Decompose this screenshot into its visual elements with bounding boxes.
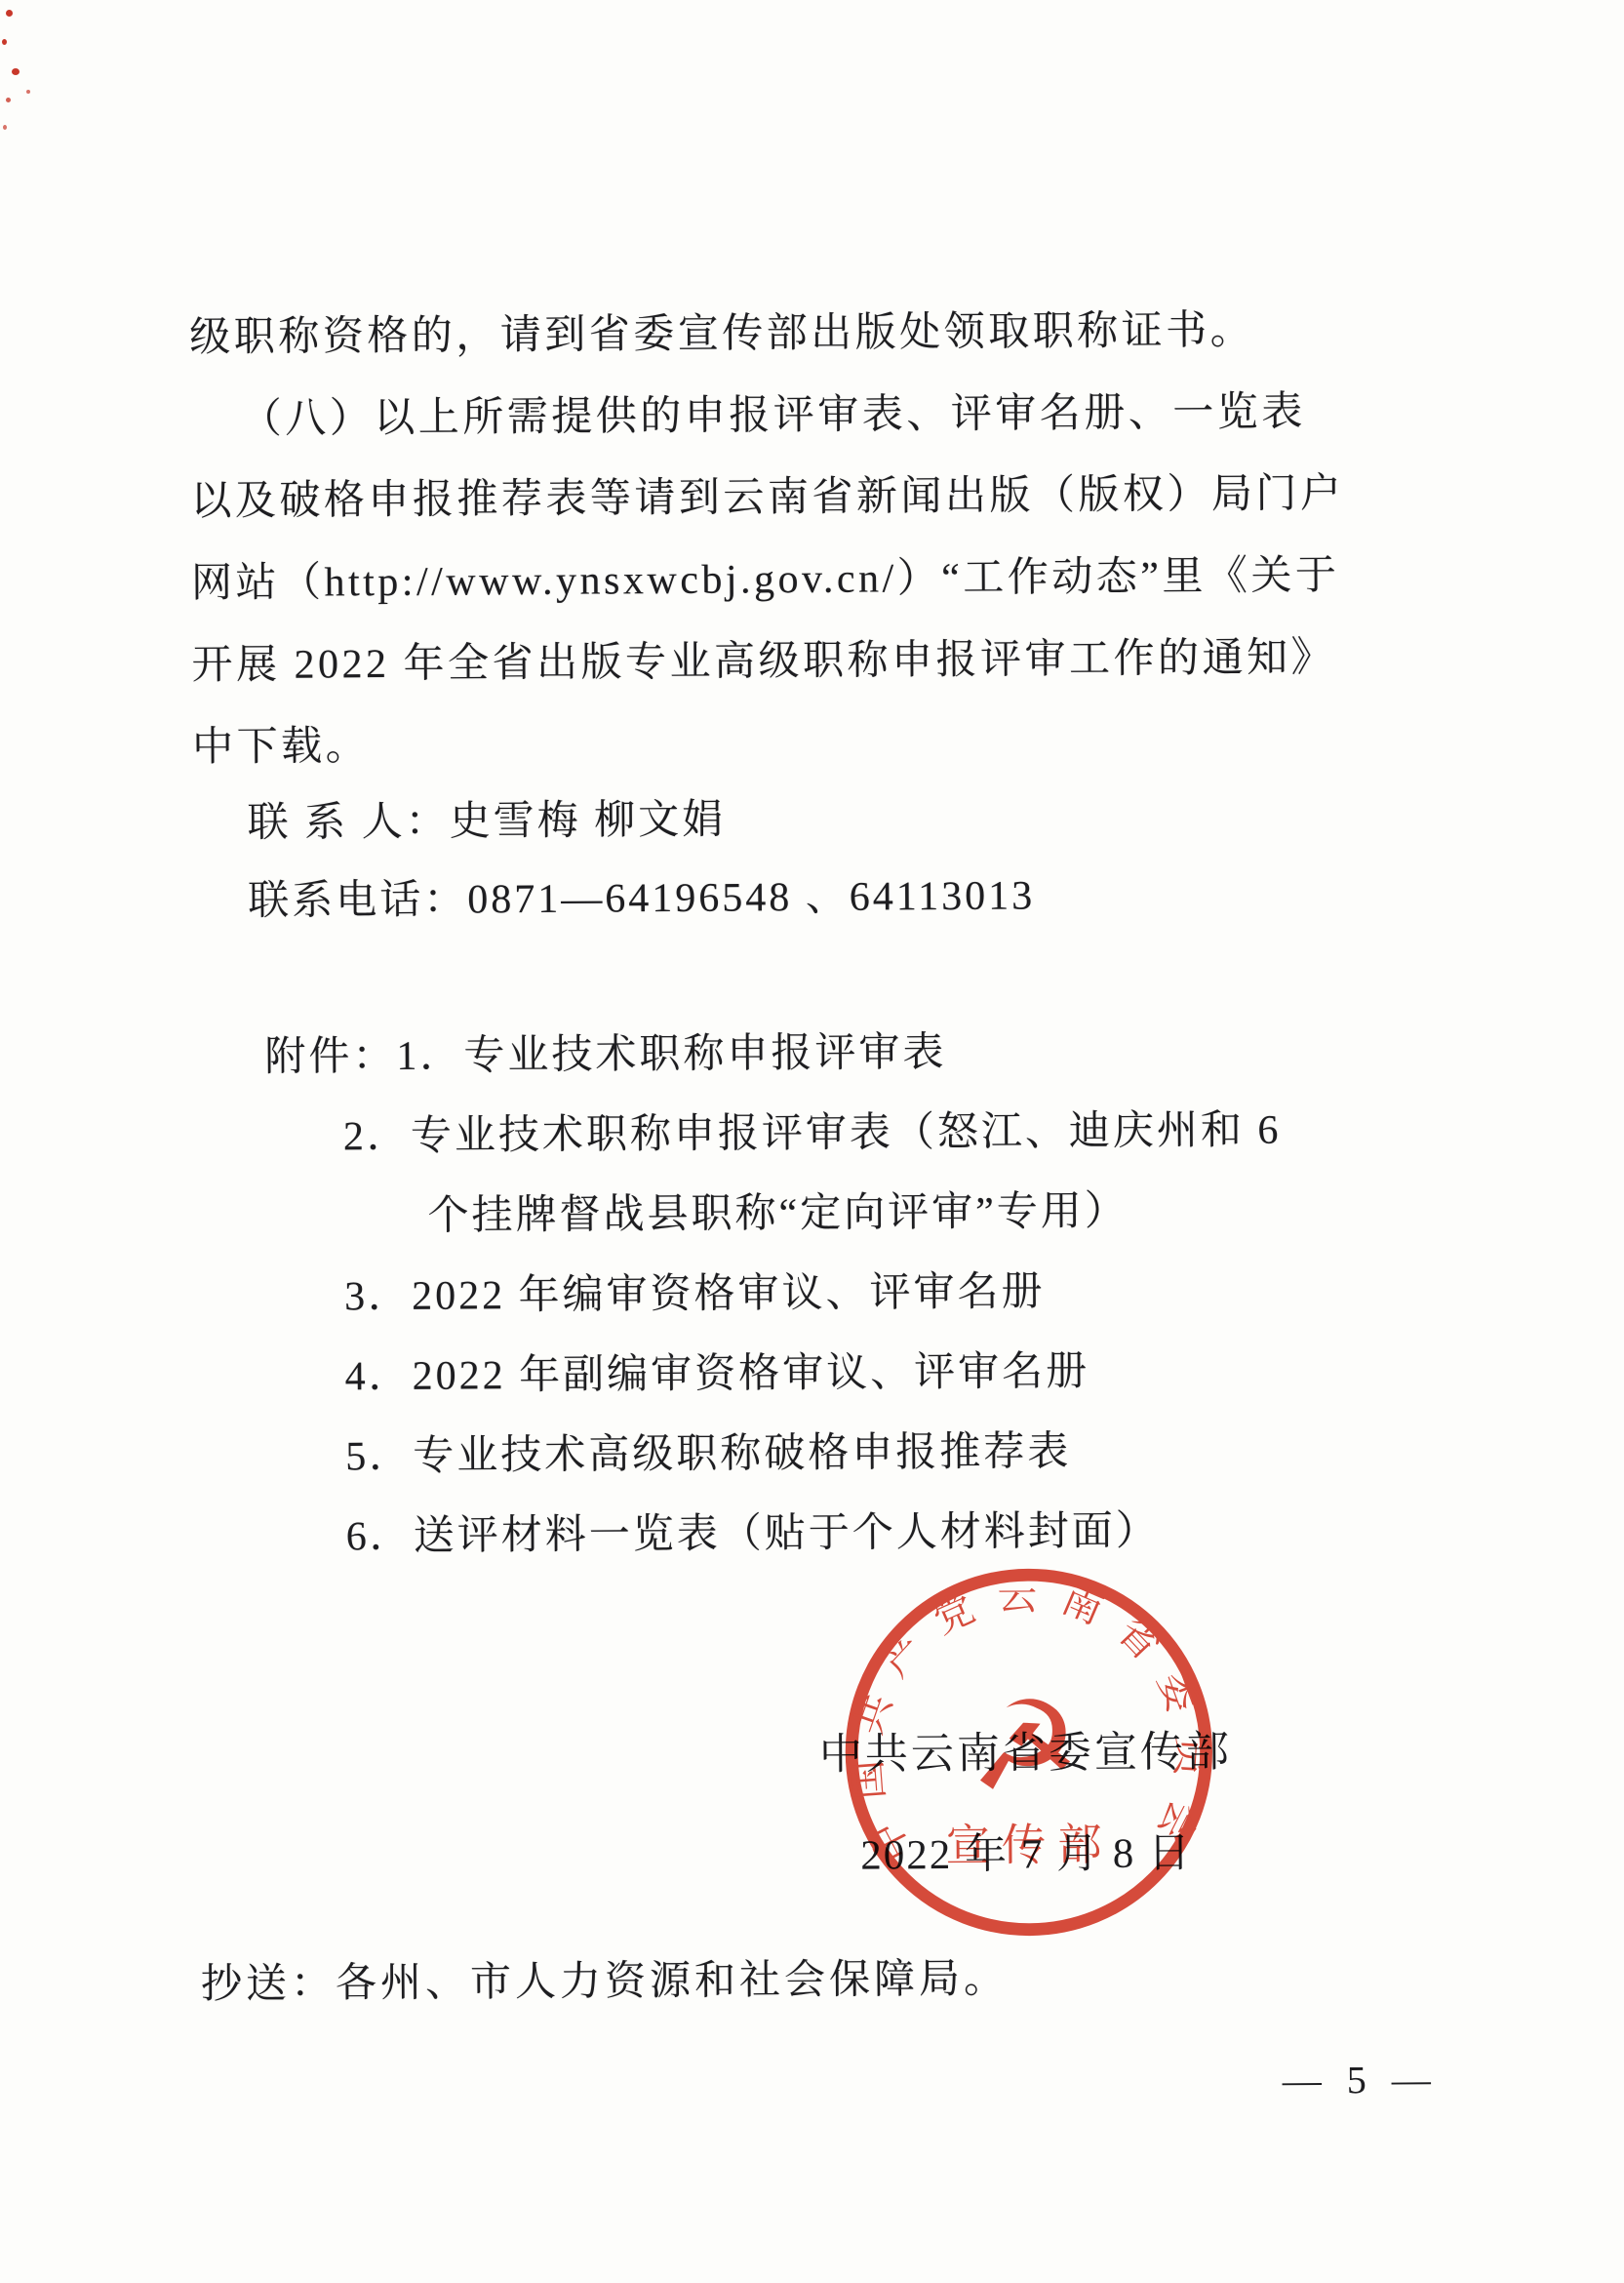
attachment-item-4: 4．2022 年副编审资格审议、评审名册 — [344, 1339, 1089, 1402]
scan-artifact-speck — [26, 90, 30, 94]
attachment-item-3: 3．2022 年编审资格审议、评审名册 — [344, 1259, 1046, 1322]
contact-person-line: 联 系 人：史雪梅 柳文娟 — [247, 787, 726, 849]
body-line-paragraph-end: 级职称资格的，请到省委宣传部出版处领取职称证书。 — [189, 298, 1254, 364]
attachments-row: 附件：1．专业技术职称申报评审表 — [264, 1020, 946, 1083]
seal-bottom-text: 宣传部 — [945, 1821, 1113, 1870]
page-number: — 5 — — [1283, 2057, 1439, 2103]
document-content: 级职称资格的，请到省委宣传部出版处领取职称证书。 （八）以上所需提供的申报评审表… — [0, 0, 1624, 2283]
scanned-document-page: 级职称资格的，请到省委宣传部出版处领取职称证书。 （八）以上所需提供的申报评审表… — [0, 0, 1624, 2283]
scan-artifact-speck — [3, 125, 7, 130]
body-line: 中下载。 — [192, 713, 370, 773]
attachment-item-2: 2．专业技术职称申报评审表（怒江、迪庆州和 6 — [343, 1098, 1282, 1163]
attachment-item-1: 1．专业技术职称申报评审表 — [396, 1030, 946, 1079]
hammer-sickle-icon: ☭ — [970, 1674, 1081, 1819]
official-red-seal: 中国共产党云南省委员会 ☭ 宣传部 — [835, 1558, 1223, 1946]
contact-phone-line: 联系电话：0871—64196548 、64113013 — [248, 862, 1035, 927]
body-line-website-url: 网站（http://www.ynsxwcbj.gov.cn/）“工作动态”里《关… — [191, 542, 1340, 609]
attachments-label: 附件： — [264, 1034, 396, 1080]
scan-artifact-speck — [6, 98, 11, 102]
body-line-item-eight: （八）以上所需提供的申报评审表、评审名册、一览表 — [241, 379, 1306, 445]
body-line: 以及破格申报推荐表等请到云南省新闻出版（版权）局门户 — [190, 461, 1344, 527]
cc-distribution-line: 抄送：各州、市人力资源和社会保障局。 — [201, 1946, 1009, 2011]
scan-artifact-speck — [12, 68, 20, 75]
scan-artifact-speck — [2, 39, 7, 45]
attachment-item-6: 6．送评材料一览表（贴于个人材料封面） — [346, 1499, 1160, 1563]
body-line: 开展 2022 年全省出版专业高级职称申报评审工作的通知》 — [191, 624, 1335, 691]
attachment-item-5: 5．专业技术高级职称破格申报推荐表 — [345, 1419, 1071, 1482]
attachment-item-2-continued: 个挂牌督战县职称“定向评审”专用） — [427, 1179, 1129, 1242]
scan-artifact-speck — [6, 10, 13, 17]
